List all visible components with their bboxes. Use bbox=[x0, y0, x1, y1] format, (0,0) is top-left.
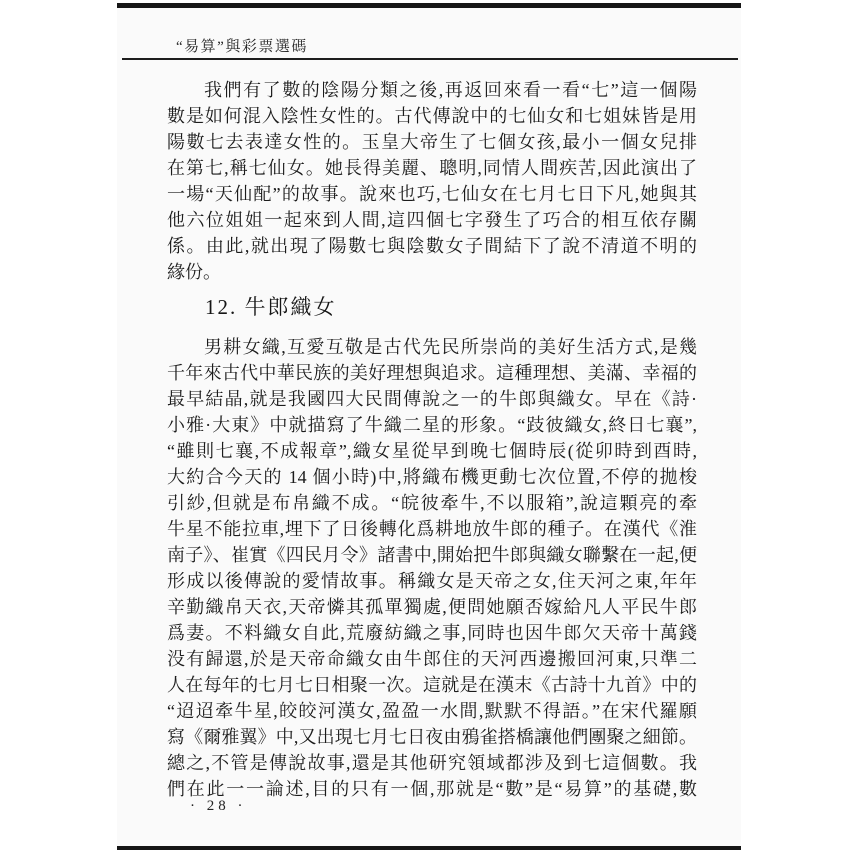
text-line: 大約合今天的 14 個小時)中,將織布機更動七次位置,不停的拋梭 bbox=[167, 464, 697, 490]
text-line: 辛勤織帛天衣,天帝憐其孤單獨處,便問她願否嫁給凡人平民牛郎 bbox=[167, 594, 697, 620]
scanned-book-page: “易算”與彩票選碼 我們有了數的陰陽分類之後,再返回來看一看“七”這一個陽 數是… bbox=[0, 0, 850, 850]
text-line: 引紗,但就是布帛織不成。“皖彼牽牛,不以服箱”,說這顆亮的牽 bbox=[167, 490, 697, 516]
running-header-title: “易算”與彩票選碼 bbox=[176, 35, 308, 56]
text-line: “雖則七襄,不成報章”,織女星從早到晚七個時辰(從卯時到酉時, bbox=[167, 438, 697, 464]
text-line: 陽數七去表達女性的。玉皇大帝生了七個女孩,最小一個女兒排 bbox=[167, 129, 697, 155]
text-line: 寫《爾雅翼》中,又出現七月七日夜由鴉雀搭橋讓他們團聚之細節。 bbox=[167, 724, 697, 750]
text-line: 千年來古代中華民族的美好理想與追求。這種理想、美滿、幸福的 bbox=[167, 360, 697, 386]
text-line: 在第七,稱七仙女。她長得美麗、聰明,同情人間疾苦,因此演出了 bbox=[167, 155, 697, 181]
text-line: 他六位姐姐一起來到人間,這四個七字發生了巧合的相互依存關 bbox=[167, 207, 697, 233]
text-line: 們在此一一論述,目的只有一個,那就是“數”是“易算”的基礎,數 bbox=[167, 776, 697, 802]
text-line: 牛星不能拉車,埋下了日後轉化爲耕地放牛郎的種子。在漢代《淮 bbox=[167, 516, 697, 542]
text-line: 數是如何混入陰性女性的。古代傳說中的七仙女和七姐妹皆是用 bbox=[167, 103, 697, 129]
paragraph-cowherd-weaver: 男耕女織,互愛互敬是古代先民所崇尚的美好生活方式,是幾 千年來古代中華民族的美好… bbox=[167, 334, 697, 802]
text-line: 形成以後傳說的愛情故事。稱織女是天帝之女,住天河之東,年年 bbox=[167, 568, 697, 594]
text-line: 最早結晶,就是我國四大民間傳說之一的牛郎與織女。早在《詩· bbox=[167, 386, 697, 412]
text-line: 總之,不管是傳說故事,還是其他研究領域都涉及到七這個數。我 bbox=[167, 750, 697, 776]
text-line: 南子》、崔實《四民月令》諸書中,開始把牛郎與織女聯繫在一起,便 bbox=[167, 542, 697, 568]
text-line: 一場“天仙配”的故事。說來也巧,七仙女在七月七日下凡,她與其 bbox=[167, 181, 697, 207]
text-line: 係。由此,就出現了陽數七與陰數女子間結下了說不清道不明的 bbox=[167, 233, 697, 259]
text-line: 没有歸還,於是天帝命織女由牛郎住的天河西邊搬回河東,只準二 bbox=[167, 646, 697, 672]
text-line: 男耕女織,互愛互敬是古代先民所崇尚的美好生活方式,是幾 bbox=[167, 334, 697, 360]
text-line: 人在每年的七月七日相聚一次。這就是在漢末《古詩十九首》中的 bbox=[167, 672, 697, 698]
text-line: 爲妻。不料織女自此,荒廢紡織之事,同時也因牛郎欠天帝十萬錢 bbox=[167, 620, 697, 646]
text-line: 緣份。 bbox=[167, 259, 697, 285]
text-line: “迢迢牽牛星,皎皎河漢女,盈盈一水間,默默不得語。”在宋代羅願 bbox=[167, 698, 697, 724]
text-line: 我們有了數的陰陽分類之後,再返回來看一看“七”這一個陽 bbox=[167, 77, 697, 103]
page-number: · 28 · bbox=[190, 798, 247, 815]
section-heading: 12. 牛郎織女 bbox=[205, 291, 337, 321]
text-line: 小雅·大東》中就描寫了牛織二星的形象。“跂彼織女,終日七襄”, bbox=[167, 412, 697, 438]
paragraph-seven-yang: 我們有了數的陰陽分類之後,再返回來看一看“七”這一個陽 數是如何混入陰性女性的。… bbox=[167, 77, 697, 285]
header-rule bbox=[122, 58, 738, 60]
